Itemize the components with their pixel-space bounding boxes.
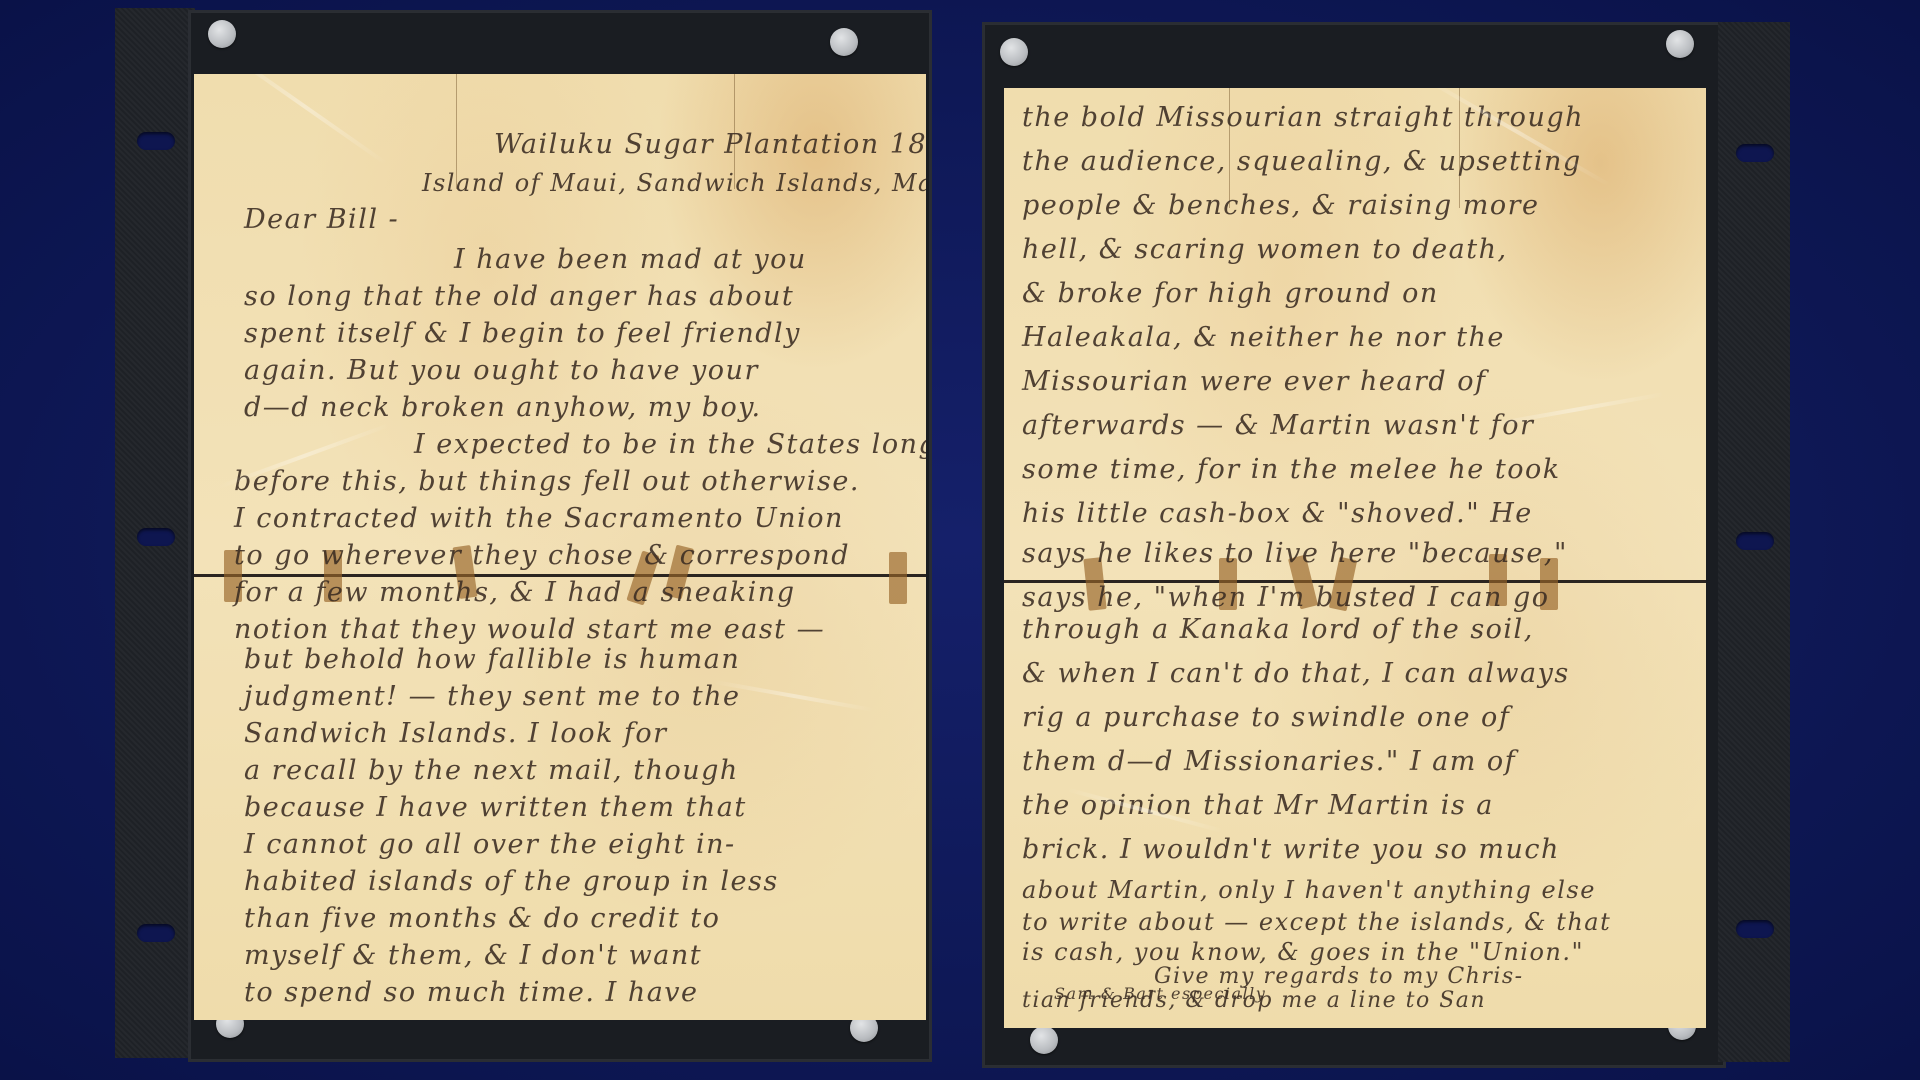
right-sleeve: the bold Missourian straight through the… [982,22,1726,1068]
binder-hole [137,924,175,942]
text-line: says he likes to live here "because," [1022,538,1568,569]
text-line: them d—d Missionaries." I am of [1022,746,1516,777]
text-line: I contracted with the Sacramento Union [234,503,844,534]
text-line: because I have written them that [244,792,747,823]
letter-page-left: Wailuku Sugar Plantation 1866 Island of … [194,74,926,1020]
rivet [208,20,236,48]
text-line: brick. I wouldn't write you so much [1022,834,1560,865]
binder-hole [1736,532,1774,550]
text-line: & when I can't do that, I can always [1022,658,1570,689]
binder-hole [137,528,175,546]
text-line: Missourian were ever heard of [1022,366,1487,397]
text-line: the opinion that Mr Martin is a [1022,790,1494,821]
handwriting-left: Wailuku Sugar Plantation 1866 Island of … [194,74,926,1020]
text-line: the bold Missourian straight through [1022,102,1584,133]
text-line: habited islands of the group in less [244,866,779,897]
text-line: some time, for in the melee he took [1022,454,1561,485]
text-line: I have been mad at you [454,244,807,275]
text-line: to write about — except the islands, & t… [1022,908,1611,936]
text-line: says he, "when I'm busted I can go [1022,582,1550,613]
text-line: spent itself & I begin to feel friendly [244,318,801,349]
text-line: so long that the old anger has about [244,281,794,312]
text-line: rig a purchase to swindle one of [1022,702,1510,733]
text-line: before this, but things fell out otherwi… [234,466,860,497]
rivet [1666,30,1694,58]
binder-hole [1736,920,1774,938]
text-line: judgment! — they sent me to the [244,681,740,712]
text-line: people & benches, & raising more [1022,190,1540,221]
left-binder-strip [115,8,195,1058]
text-line: is cash, you know, & goes in the "Union.… [1022,938,1584,966]
text-line: than five months & do credit to [244,903,720,934]
text-line: the audience, squealing, & upsetting [1022,146,1582,177]
letter-heading-line: Wailuku Sugar Plantation 1866 [494,129,926,160]
text-line: but behold how fallible is human [244,644,740,675]
handwriting-right: the bold Missourian straight through the… [1004,88,1706,1028]
text-line: & broke for high ground on [1022,278,1439,309]
text-line: through a Kanaka lord of the soil, [1022,614,1534,645]
text-line: Sandwich Islands. I look for [244,718,668,749]
letter-heading-line: Island of Maui, Sandwich Islands, May 7. [422,169,926,197]
binder-hole [1736,144,1774,162]
rivet [830,28,858,56]
rivet [1030,1026,1058,1054]
text-line: I cannot go all over the eight in- [244,829,736,860]
text-line: about Martin, only I haven't anything el… [1022,876,1596,904]
text-line: a recall by the next mail, though [244,755,739,786]
text-line: notion that they would start me east — [234,614,825,645]
salutation: Dear Bill - [244,204,399,235]
text-line: d—d neck broken anyhow, my boy. [244,392,762,423]
text-line: to go wherever they chose & correspond [234,540,850,571]
text-line: for a few months, & I had a sneaking [234,577,795,608]
text-line: again. But you ought to have your [244,355,759,386]
letter-page-right: the bold Missourian straight through the… [1004,88,1706,1028]
text-line: afterwards — & Martin wasn't for [1022,410,1534,441]
text-line: hell, & scaring women to death, [1022,234,1508,265]
text-line: I expected to be in the States long [414,429,926,460]
rivet [1000,38,1028,66]
left-sleeve: Wailuku Sugar Plantation 1866 Island of … [188,10,932,1062]
text-line: Haleakala, & neither he nor the [1022,322,1505,353]
text-line: his little cash-box & "shoved." He [1022,498,1533,529]
text-line: tian friends, & drop me a line to San [1022,988,1486,1013]
binder-hole [137,132,175,150]
text-line: myself & them, & I don't want [244,940,702,971]
text-line: to spend so much time. I have [244,977,699,1008]
right-binder-strip [1718,22,1790,1062]
